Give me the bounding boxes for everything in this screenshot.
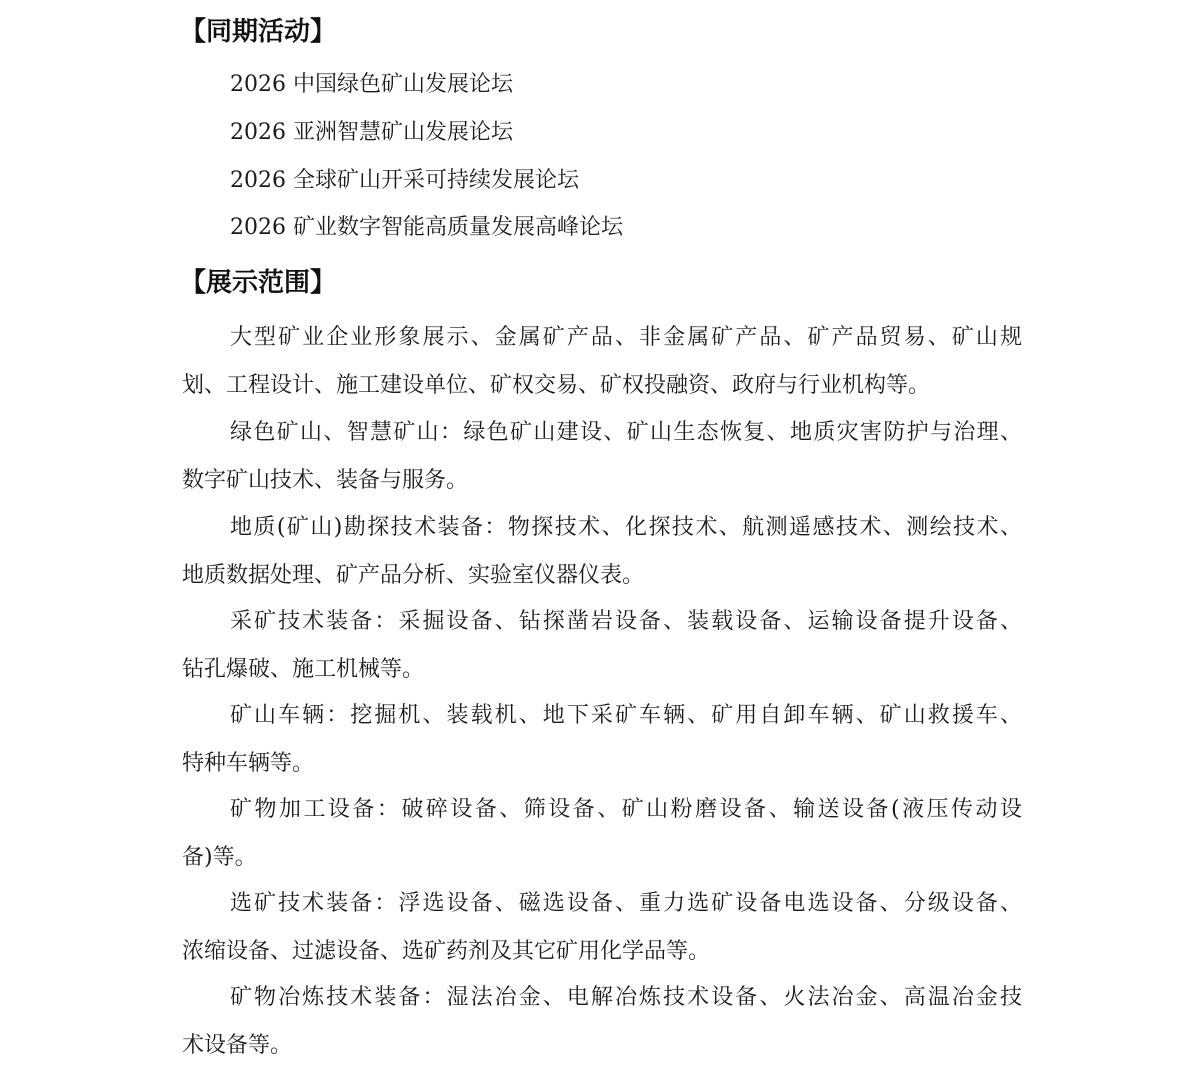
event-item: 2026 中国绿色矿山发展论坛 bbox=[230, 71, 513, 99]
paragraph-line: 划、工程设计、施工建设单位、矿权交易、矿权投融资、政府与行业机构等。 bbox=[182, 372, 930, 400]
paragraph-line: 采矿技术装备：采掘设备、钻探凿岩设备、装载设备、运输设备提升设备、 bbox=[230, 608, 1022, 636]
paragraph-line: 地质数据处理、矿产品分析、实验室仪器仪表。 bbox=[182, 562, 644, 590]
paragraph-line: 术设备等。 bbox=[182, 1032, 292, 1060]
paragraph-line: 矿物冶炼技术装备：湿法冶金、电解冶炼技术设备、火法冶金、高温冶金技 bbox=[230, 984, 1022, 1012]
event-item: 2026 全球矿山开采可持续发展论坛 bbox=[230, 167, 579, 195]
paragraph-line: 大型矿业企业形象展示、金属矿产品、非金属矿产品、矿产品贸易、矿山规 bbox=[230, 324, 1022, 352]
section-heading-concurrent-events: 【同期活动】 bbox=[180, 17, 336, 47]
paragraph-line: 绿色矿山、智慧矿山：绿色矿山建设、矿山生态恢复、地质灾害防护与治理、 bbox=[230, 419, 1022, 447]
event-item: 2026 矿业数字智能高质量发展高峰论坛 bbox=[230, 214, 623, 242]
paragraph-line: 地质(矿山)勘探技术装备：物探技术、化探技术、航测遥感技术、测绘技术、 bbox=[230, 514, 1022, 542]
paragraph-line: 特种车辆等。 bbox=[182, 750, 314, 778]
paragraph-line: 选矿技术装备：浮选设备、磁选设备、重力选矿设备电选设备、分级设备、 bbox=[230, 890, 1022, 918]
paragraph-line: 数字矿山技术、装备与服务。 bbox=[182, 467, 468, 495]
paragraph-line: 钻孔爆破、施工机械等。 bbox=[182, 656, 424, 684]
event-item: 2026 亚洲智慧矿山发展论坛 bbox=[230, 119, 513, 147]
section-heading-exhibition-scope: 【展示范围】 bbox=[180, 268, 336, 298]
paragraph-line: 备)等。 bbox=[182, 844, 257, 872]
paragraph-line: 浓缩设备、过滤设备、选矿药剂及其它矿用化学品等。 bbox=[182, 938, 710, 966]
document-page: 【同期活动】 2026 中国绿色矿山发展论坛 2026 亚洲智慧矿山发展论坛 2… bbox=[0, 0, 1200, 1067]
paragraph-line: 矿山车辆：挖掘机、装载机、地下采矿车辆、矿用自卸车辆、矿山救援车、 bbox=[230, 702, 1022, 730]
paragraph-line: 矿物加工设备：破碎设备、筛设备、矿山粉磨设备、输送设备(液压传动设 bbox=[230, 796, 1022, 824]
